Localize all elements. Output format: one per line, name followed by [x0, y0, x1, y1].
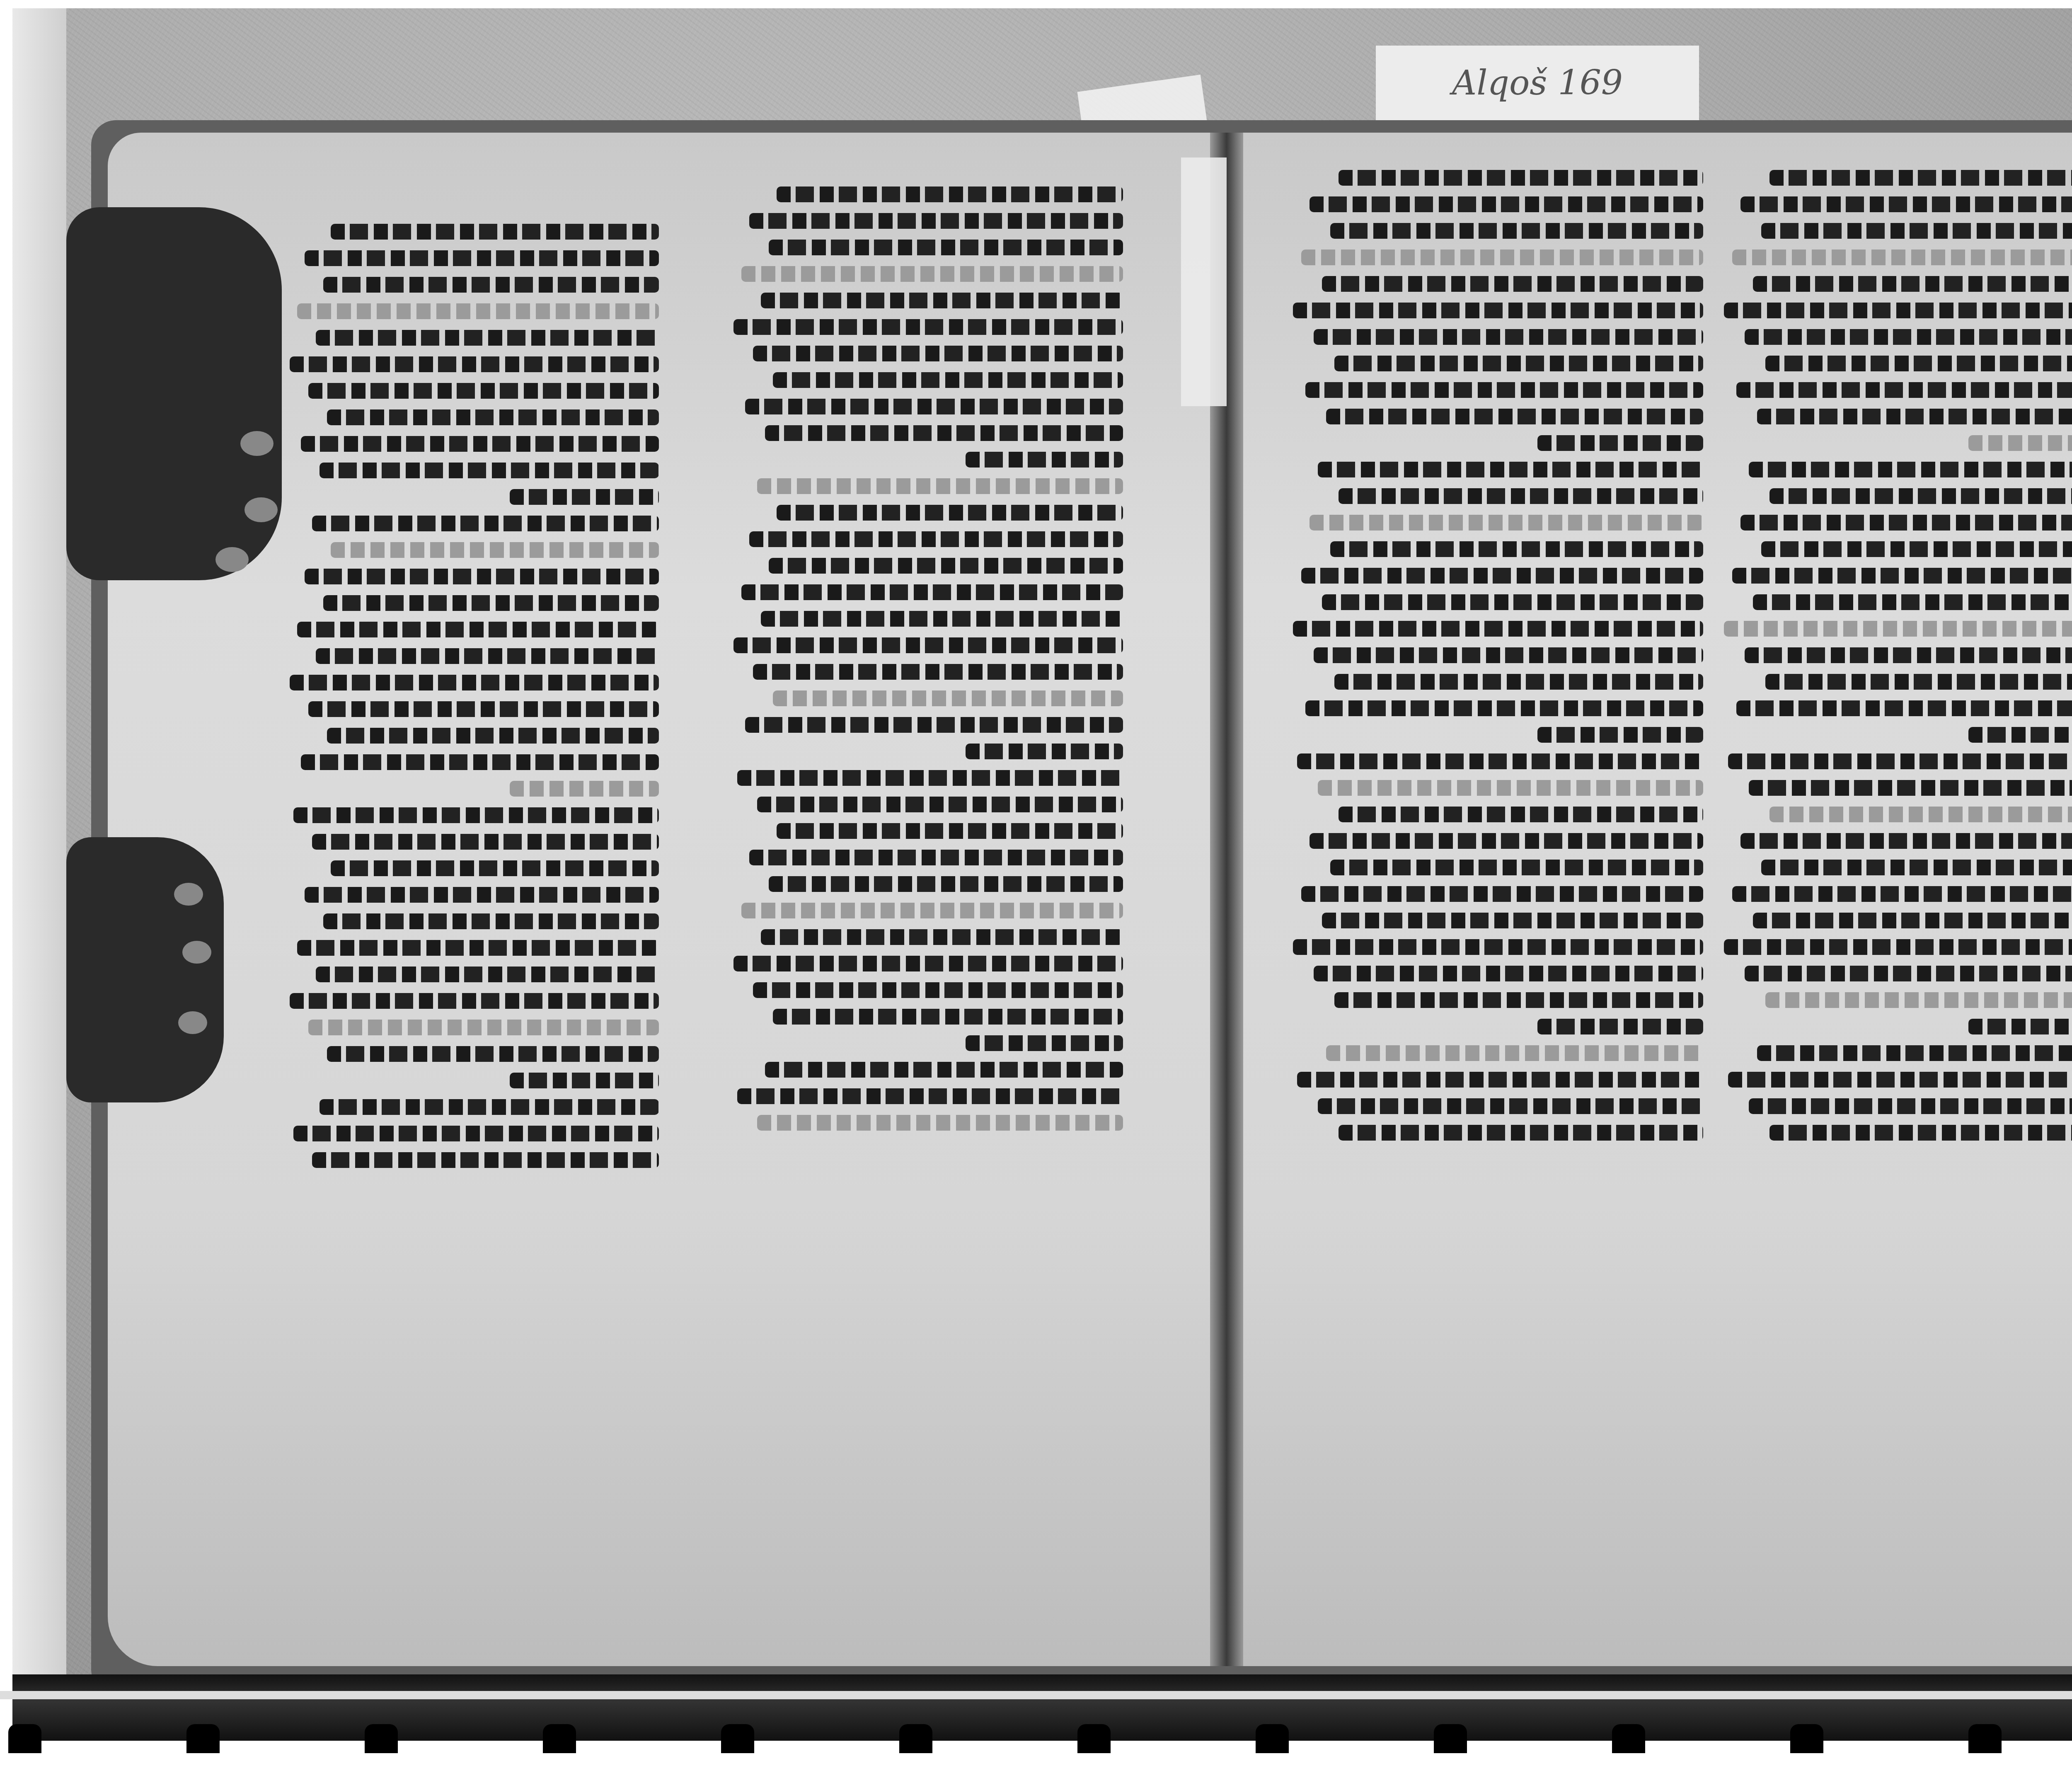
text-line — [737, 1088, 1123, 1104]
text-line — [1310, 833, 1703, 849]
film-sprocket-hole — [1077, 1724, 1111, 1753]
text-line — [1314, 647, 1703, 663]
right-page-column-a — [1289, 170, 1703, 1141]
text-line — [1322, 594, 1703, 610]
text-line — [753, 664, 1123, 680]
text-line — [966, 452, 1123, 468]
text-line — [308, 701, 659, 717]
text-line — [749, 850, 1123, 865]
text-line — [305, 250, 659, 266]
fingernail — [174, 883, 203, 906]
text-line — [316, 648, 659, 664]
text-line — [769, 240, 1123, 255]
text-line — [1339, 1125, 1703, 1141]
text-line — [1732, 568, 2072, 584]
text-line — [1740, 833, 2072, 849]
fingernail — [244, 497, 278, 522]
text-line — [1301, 250, 1703, 265]
text-line — [1728, 753, 2072, 769]
text-line — [327, 728, 659, 744]
text-line — [323, 277, 659, 293]
text-line — [331, 542, 659, 558]
text-line — [1968, 727, 2072, 743]
text-line — [331, 224, 659, 240]
text-line — [305, 569, 659, 584]
text-line — [1749, 1098, 2072, 1114]
text-line — [1757, 409, 2072, 424]
text-line — [510, 1073, 659, 1088]
text-line — [301, 436, 659, 452]
text-line — [757, 478, 1123, 494]
text-line — [312, 834, 659, 850]
text-line — [1537, 1019, 1703, 1034]
film-sprocket-hole — [1612, 1724, 1645, 1753]
film-border — [12, 1674, 2072, 1741]
text-line — [1330, 223, 1703, 239]
text-line — [312, 1152, 659, 1168]
text-line — [290, 675, 659, 690]
text-line — [290, 993, 659, 1009]
fingernail — [215, 547, 249, 572]
text-line — [1330, 541, 1703, 557]
text-line — [1314, 329, 1703, 345]
text-line — [1761, 860, 2072, 875]
text-line — [1753, 594, 2072, 610]
film-sprocket-hole — [1256, 1724, 1289, 1753]
text-line — [1745, 966, 2072, 981]
text-line — [757, 1115, 1123, 1131]
text-line — [1318, 1098, 1703, 1114]
text-line — [316, 330, 659, 346]
text-line — [741, 903, 1123, 918]
text-line — [753, 346, 1123, 361]
text-line — [1753, 276, 2072, 292]
text-line — [741, 266, 1123, 282]
text-line — [297, 303, 659, 319]
text-line — [293, 807, 659, 823]
text-line — [323, 595, 659, 611]
text-line — [777, 187, 1123, 202]
manuscript-photo: Alqoš 169 — [12, 8, 2072, 1691]
text-line — [312, 516, 659, 531]
text-line — [323, 913, 659, 929]
text-line — [1724, 621, 2072, 637]
text-line — [769, 558, 1123, 574]
text-line — [308, 383, 659, 399]
right-page-column-b — [1720, 170, 2072, 1141]
text-line — [1297, 753, 1703, 769]
text-line — [773, 1009, 1123, 1025]
text-line — [1765, 674, 2072, 690]
text-line — [761, 611, 1123, 627]
text-line — [966, 1035, 1123, 1051]
text-line — [1318, 462, 1703, 477]
text-line — [1732, 250, 2072, 265]
text-line — [966, 744, 1123, 759]
left-page-column-b — [729, 187, 1123, 1131]
text-line — [1537, 727, 1703, 743]
text-line — [749, 213, 1123, 229]
tape-strip — [1181, 157, 1227, 406]
left-hand-upper — [66, 207, 282, 580]
text-line — [308, 1020, 659, 1035]
left-page-column-a — [286, 224, 659, 1168]
text-line — [1732, 886, 2072, 902]
film-sprocket-hole — [1968, 1724, 2002, 1753]
text-line — [320, 1099, 659, 1115]
text-line — [733, 637, 1123, 653]
text-line — [737, 770, 1123, 786]
text-line — [777, 505, 1123, 521]
text-line — [1326, 409, 1703, 424]
text-line — [1724, 939, 2072, 955]
text-line — [1339, 488, 1703, 504]
shelfmark-text: Alqoš 169 — [1452, 63, 1623, 103]
text-line — [1334, 992, 1703, 1008]
text-line — [1757, 1045, 2072, 1061]
text-line — [327, 409, 659, 425]
text-line — [1293, 303, 1703, 318]
text-line — [1293, 939, 1703, 955]
text-line — [1745, 329, 2072, 345]
text-line — [1765, 356, 2072, 371]
text-line — [305, 887, 659, 903]
text-line — [733, 956, 1123, 971]
film-sprocket-hole — [1790, 1724, 1823, 1753]
text-line — [769, 876, 1123, 892]
open-book — [108, 133, 2072, 1674]
text-line — [1769, 170, 2072, 186]
left-hand-lower — [66, 837, 224, 1102]
text-line — [1769, 1125, 2072, 1141]
text-line — [1322, 913, 1703, 928]
text-line — [1968, 1019, 2072, 1034]
text-line — [1736, 700, 2072, 716]
text-line — [1724, 303, 2072, 318]
text-line — [1761, 223, 2072, 239]
text-line — [1736, 382, 2072, 398]
fingernail — [240, 431, 274, 456]
text-line — [1728, 1072, 2072, 1088]
text-line — [1749, 780, 2072, 796]
text-line — [745, 717, 1123, 733]
text-line — [765, 1062, 1123, 1078]
fingernail — [178, 1011, 207, 1034]
text-line — [1769, 488, 2072, 504]
text-line — [1753, 913, 2072, 928]
text-line — [757, 797, 1123, 812]
shelfmark-label: Alqoš 169 — [1376, 46, 1699, 120]
text-line — [1326, 1045, 1703, 1061]
fingernail — [182, 941, 211, 964]
text-line — [1314, 966, 1703, 981]
text-line — [1297, 1072, 1703, 1088]
text-line — [1968, 435, 2072, 451]
film-sprocket-hole — [8, 1724, 41, 1753]
text-line — [1293, 621, 1703, 637]
text-line — [1310, 515, 1703, 531]
text-line — [745, 399, 1123, 414]
text-line — [773, 372, 1123, 388]
film-sprocket-hole — [1434, 1724, 1467, 1753]
text-line — [290, 356, 659, 372]
text-line — [293, 1126, 659, 1141]
text-line — [1305, 382, 1703, 398]
text-line — [1301, 568, 1703, 584]
text-line — [1537, 435, 1703, 451]
text-line — [765, 425, 1123, 441]
text-line — [1749, 462, 2072, 477]
text-line — [1301, 886, 1703, 902]
text-line — [297, 940, 659, 956]
text-line — [733, 319, 1123, 335]
film-sprocket-hole — [186, 1724, 220, 1753]
text-line — [331, 860, 659, 876]
text-line — [1322, 276, 1703, 292]
text-line — [773, 690, 1123, 706]
text-line — [1339, 807, 1703, 822]
film-sprocket-hole — [721, 1724, 754, 1753]
text-line — [1310, 196, 1703, 212]
text-line — [1305, 700, 1703, 716]
text-line — [327, 1046, 659, 1062]
text-line — [1339, 170, 1703, 186]
text-line — [297, 622, 659, 637]
text-line — [1740, 196, 2072, 212]
text-line — [761, 929, 1123, 945]
text-line — [1740, 515, 2072, 531]
text-line — [510, 781, 659, 797]
text-line — [777, 823, 1123, 839]
text-line — [761, 293, 1123, 308]
text-line — [1745, 647, 2072, 663]
film-sprocket-hole — [365, 1724, 398, 1753]
text-line — [741, 584, 1123, 600]
text-line — [301, 754, 659, 770]
text-line — [316, 967, 659, 982]
text-line — [1765, 992, 2072, 1008]
text-line — [753, 982, 1123, 998]
text-line — [320, 463, 659, 478]
text-line — [1318, 780, 1703, 796]
film-sprocket-hole — [899, 1724, 932, 1753]
text-line — [1334, 356, 1703, 371]
film-sprocket-hole — [543, 1724, 576, 1753]
text-line — [1769, 807, 2072, 822]
text-line — [1761, 541, 2072, 557]
film-edge-highlight — [0, 1691, 2072, 1699]
text-line — [749, 531, 1123, 547]
text-line — [1330, 860, 1703, 875]
photo-left-border — [12, 8, 66, 1691]
text-line — [1334, 674, 1703, 690]
text-line — [510, 489, 659, 505]
